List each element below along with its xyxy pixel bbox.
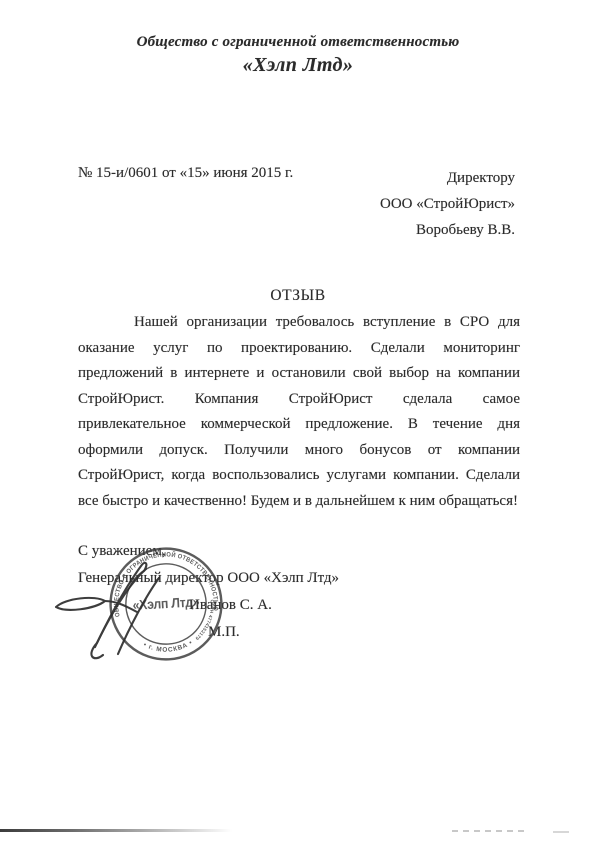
addressee-line-company: ООО «СтройЮрист» [380,191,515,217]
scan-artifact-line [0,829,232,832]
scan-artifact-dot [553,831,569,833]
letter-title: ОТЗЫВ [0,287,596,305]
letter-body: Нашей организации требовалось вступление… [78,310,520,514]
addressee-line-person: Воробьеву В.В. [380,217,515,243]
reference-number: № 15-и/0601 от «15» июня 2015 г. [78,165,293,182]
signature-connector-stroke [105,601,137,612]
org-name-line: «Хэлп Лтд» [0,54,596,77]
addressee-line-role: Директору [380,165,515,191]
org-type-line: Общество с ограниченной ответственностью [0,34,596,51]
handwritten-signature [40,548,230,663]
signature-flourish-loop [56,598,105,610]
addressee-block: Директору ООО «СтройЮрист» Воробьеву В.В… [380,165,515,243]
letterhead: Общество с ограниченной ответственностью… [0,34,596,77]
signature-diagonal-stroke-3 [118,578,159,654]
scanned-letter-page: Общество с ограниченной ответственностью… [0,0,596,842]
scan-artifact-dashes [452,830,526,832]
